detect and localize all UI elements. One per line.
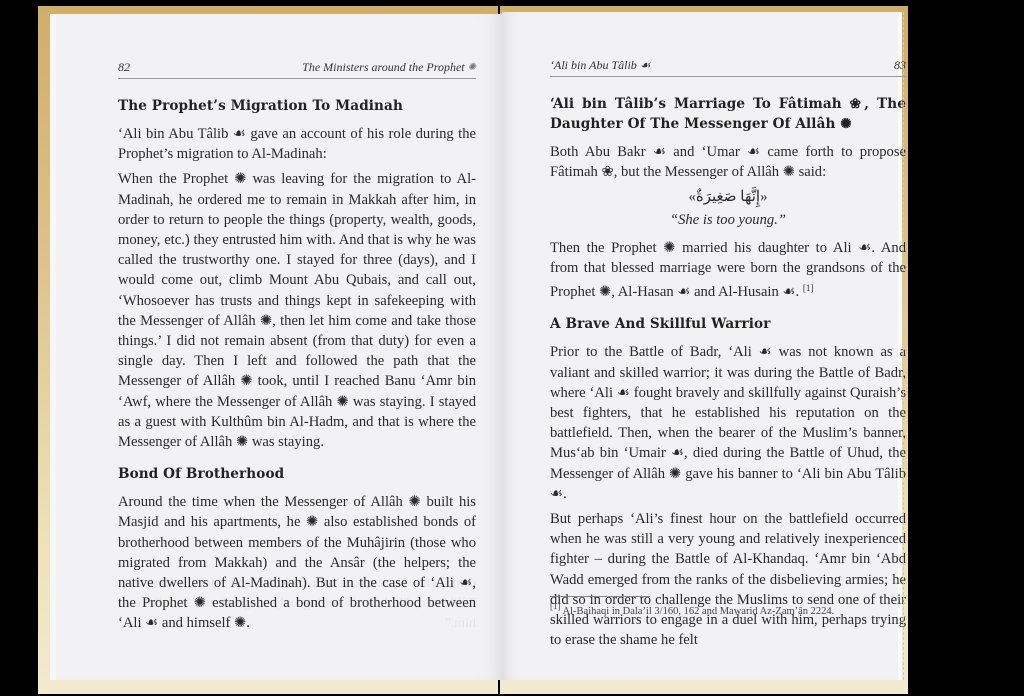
arabic-quote: «إِنَّهَا صَغِيرَةٌ» [550, 187, 906, 207]
left-page-body: The Prophet’s Migration To Madinah ‘Ali … [118, 96, 476, 639]
paragraph: But perhaps ‘Ali’s finest hour on the ba… [550, 509, 906, 650]
page-number: 83 [894, 58, 906, 73]
quote-translation: “She is too young.” [550, 210, 906, 230]
paragraph: Prior to the Battle of Badr, ‘Ali ☙ was … [550, 342, 906, 504]
footnote-rule [550, 596, 650, 597]
running-title-text: The Ministers around the Prophet [302, 60, 464, 74]
running-header-left: 82 The Ministers around the Prophet ✺ [118, 60, 476, 79]
left-page: came with; I pray with him to Allâh, and… [50, 14, 504, 680]
paragraph: Around the time when the Messenger of Al… [118, 492, 476, 633]
paragraph: Then the Prophet ✺ married his daughter … [550, 238, 906, 303]
right-page: ‘Ali bin Abu Tâlib ☙ 83 ‘Ali bin Tâlib’s… [502, 12, 902, 680]
running-title: The Ministers around the Prophet ✺ [302, 60, 476, 75]
footnote-ref[interactable]: [1] [803, 283, 814, 293]
paragraph: ‘Ali bin Abu Tâlib ☙ gave an account of … [118, 124, 476, 164]
section-heading: A Brave And Skillful Warrior [550, 314, 906, 334]
footnote-marker: [1] [550, 601, 561, 611]
running-title: ‘Ali bin Abu Tâlib ☙ [550, 58, 651, 73]
paragraph: When the Prophet ✺ was leaving for the m… [118, 169, 476, 452]
section-heading: The Prophet’s Migration To Madinah [118, 96, 476, 116]
footnote-text: Al-Baihaqi in Dala’il 3/160, 162 and Maw… [563, 606, 835, 617]
honorific-icon: ✺ [468, 62, 476, 73]
page-number: 82 [118, 60, 130, 75]
paragraph-text: Then the Prophet ✺ married his daughter … [550, 240, 906, 300]
footnote: [1] Al-Baihaqi in Dala’il 3/160, 162 and… [550, 596, 906, 617]
section-heading: ‘Ali bin Tâlib’s Marriage To Fâtimah ❀, … [550, 94, 906, 134]
section-heading: Bond Of Brotherhood [118, 464, 476, 484]
right-page-body: ‘Ali bin Tâlib’s Marriage To Fâtimah ❀, … [550, 94, 906, 655]
running-header-right: ‘Ali bin Abu Tâlib ☙ 83 [550, 58, 906, 77]
paragraph: Both Abu Bakr ☙ and ‘Umar ☙ came forth t… [550, 142, 906, 182]
